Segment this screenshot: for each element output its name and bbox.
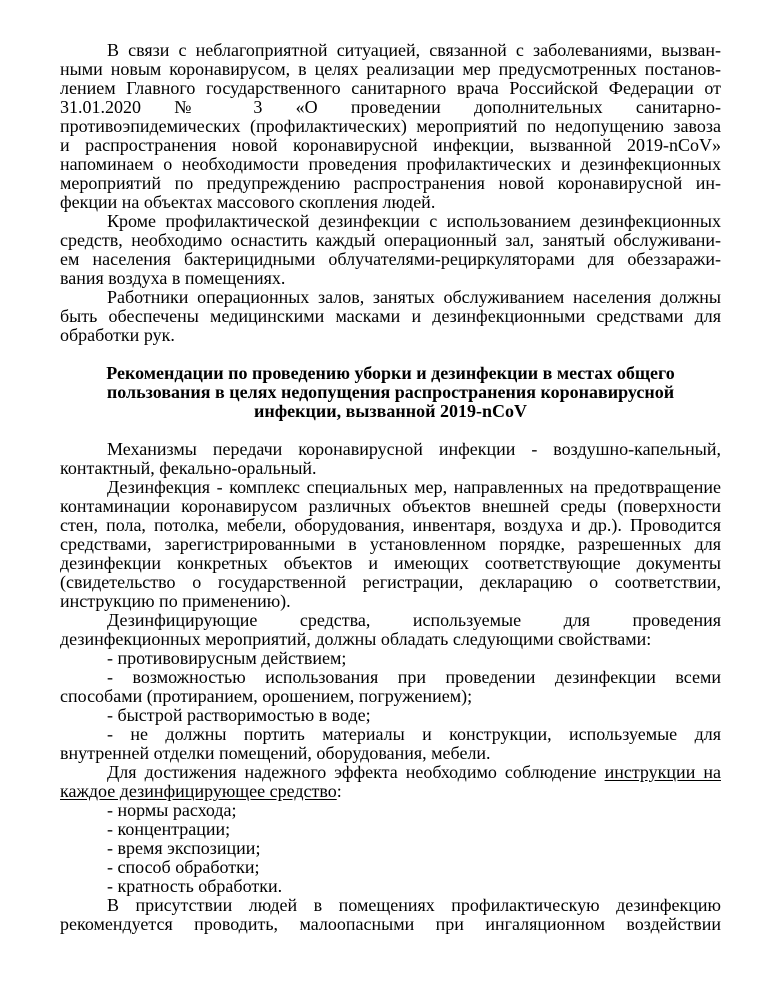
paragraph: В присутствии людей в помещениях профила… — [60, 896, 721, 934]
paragraph: Механизмы передачи коронавирусной инфекц… — [60, 440, 721, 478]
text-segment: стен, пола, потолка, мебели, оборудовани… — [60, 516, 721, 535]
text-segment: напоминаем о необходимости проведения пр… — [60, 155, 721, 174]
text-line: мероприятий по предупреждению распростра… — [60, 174, 721, 193]
text-line: инфекции, вызванной 2019-nCoV — [60, 402, 721, 421]
text-line: вания воздуха в помещениях. — [60, 269, 721, 288]
section-heading: Рекомендации по проведению уборки и дези… — [60, 364, 721, 421]
document-text-body: В связи с неблагоприятной ситуацией, свя… — [60, 41, 721, 934]
text-segment: : — [337, 782, 342, 801]
text-segment: ем населения бактерицидными облучателями… — [60, 250, 721, 269]
text-line: - кратность обработки. — [60, 877, 721, 896]
text-segment: инструкцию по применению). — [60, 592, 291, 611]
text-segment: и распространения новой коронавирусной и… — [60, 136, 721, 155]
text-segment: мероприятий по предупреждению распростра… — [60, 174, 721, 193]
text-line: - возможностью использования при проведе… — [60, 668, 721, 687]
blank-line — [60, 421, 721, 440]
paragraph: - быстрой растворимостью в воде; — [60, 706, 721, 725]
paragraph: Работники операционных залов, занятых об… — [60, 288, 721, 345]
text-line: - концентрации; — [60, 820, 721, 839]
text-line: ем населения бактерицидными облучателями… — [60, 250, 721, 269]
text-segment: обработки рук. — [60, 326, 175, 345]
paragraph: Дезинфицирующие средства, используемые д… — [60, 611, 721, 649]
text-segment: - время экспозиции; — [107, 839, 260, 858]
text-line: (свидетельство о государственной регистр… — [60, 573, 721, 592]
text-segment: В присутствии людей в помещениях профила… — [107, 896, 721, 915]
text-segment: инфекции, вызванной 2019-nCoV — [254, 402, 527, 421]
text-line: пользования в целях недопущения распрост… — [60, 383, 721, 402]
paragraph: В связи с неблагоприятной ситуацией, свя… — [60, 41, 721, 212]
text-segment: Дезинфицирующие средства, используемые д… — [107, 611, 721, 630]
paragraph: - не должны портить материалы и конструк… — [60, 725, 721, 763]
text-line: рекомендуется проводить, малоопасными пр… — [60, 915, 721, 934]
underlined-text: инструкции на — [605, 763, 721, 782]
text-line: каждое дезинфицирующее средство: — [60, 782, 721, 801]
text-line: В связи с неблагоприятной ситуацией, свя… — [60, 41, 721, 60]
text-line: Кроме профилактической дезинфекции с исп… — [60, 212, 721, 231]
text-segment: способами (протиранием, орошением, погру… — [60, 687, 472, 706]
text-segment: вания воздуха в помещениях. — [60, 269, 285, 288]
text-segment: средств, необходимо оснастить каждый опе… — [60, 231, 721, 250]
paragraph: - возможностью использования при проведе… — [60, 668, 721, 706]
text-line: способами (протиранием, орошением, погру… — [60, 687, 721, 706]
text-segment: - не должны портить материалы и конструк… — [107, 725, 721, 744]
text-line: В присутствии людей в помещениях профила… — [60, 896, 721, 915]
text-line: - быстрой растворимостью в воде; — [60, 706, 721, 725]
paragraph: - кратность обработки. — [60, 877, 721, 896]
text-line: дезинфекционных мероприятий, должны обла… — [60, 630, 721, 649]
text-segment: контактный, фекально-оральный. — [60, 459, 317, 478]
text-segment: дезинфекционных мероприятий, должны обла… — [60, 630, 651, 649]
text-line: Работники операционных залов, занятых об… — [60, 288, 721, 307]
text-line: - нормы расхода; — [60, 801, 721, 820]
text-line: контаминации коронавирусом различных объ… — [60, 497, 721, 516]
text-segment: средствами, зарегистрированными в устано… — [60, 535, 721, 554]
paragraph: - время экспозиции; — [60, 839, 721, 858]
text-segment: - нормы расхода; — [107, 801, 237, 820]
underlined-text: каждое дезинфицирующее средство — [60, 782, 337, 801]
text-segment: ными новым коронавирусом, в целях реализ… — [60, 60, 721, 79]
text-segment: контаминации коронавирусом различных объ… — [60, 497, 721, 516]
text-segment: - кратность обработки. — [107, 877, 282, 896]
paragraph: - способ обработки; — [60, 858, 721, 877]
text-line: Дезинфекция - комплекс специальных мер, … — [60, 478, 721, 497]
text-segment: - противовирусным действием; — [107, 649, 346, 668]
text-line: обработки рук. — [60, 326, 721, 345]
text-line: - время экспозиции; — [60, 839, 721, 858]
text-segment: рекомендуется проводить, малоопасными пр… — [60, 915, 721, 934]
paragraph: Дезинфекция - комплекс специальных мер, … — [60, 478, 721, 611]
text-line: противоэпидемических (профилактических) … — [60, 117, 721, 136]
text-segment: Механизмы передачи коронавирусной инфекц… — [107, 440, 721, 459]
text-line: Механизмы передачи коронавирусной инфекц… — [60, 440, 721, 459]
text-line: контактный, фекально-оральный. — [60, 459, 721, 478]
text-segment: Кроме профилактической дезинфекции с исп… — [107, 212, 721, 231]
text-segment: Рекомендации по проведению уборки и дези… — [106, 364, 675, 383]
text-segment: пользования в целях недопущения распрост… — [107, 383, 674, 402]
text-segment: 31.01.2020 № 3 «О проведении дополнитель… — [60, 98, 721, 117]
text-segment: В связи с неблагоприятной ситуацией, свя… — [107, 41, 721, 60]
paragraph: Для достижения надежного эффекта необход… — [60, 763, 721, 801]
text-line: Рекомендации по проведению уборки и дези… — [60, 364, 721, 383]
text-line: быть обеспечены медицинскими масками и д… — [60, 307, 721, 326]
text-line: и распространения новой коронавирусной и… — [60, 136, 721, 155]
paragraph: - концентрации; — [60, 820, 721, 839]
text-line: лением Главного государственного санитар… — [60, 79, 721, 98]
text-segment: - концентрации; — [107, 820, 230, 839]
text-segment: - возможностью использования при проведе… — [107, 668, 721, 687]
text-line: 31.01.2020 № 3 «О проведении дополнитель… — [60, 98, 721, 117]
document-page: В связи с неблагоприятной ситуацией, свя… — [0, 0, 768, 994]
paragraph: - противовирусным действием; — [60, 649, 721, 668]
text-line: ными новым коронавирусом, в целях реализ… — [60, 60, 721, 79]
text-segment: фекции на объектах массового скопления л… — [60, 193, 435, 212]
paragraph: - нормы расхода; — [60, 801, 721, 820]
text-segment: Для достижения надежного эффекта необход… — [107, 763, 605, 782]
text-line: дезинфекции конкретных объектов и имеющи… — [60, 554, 721, 573]
blank-line — [60, 345, 721, 364]
text-line: средствами, зарегистрированными в устано… — [60, 535, 721, 554]
text-line: средств, необходимо оснастить каждый опе… — [60, 231, 721, 250]
text-segment: - способ обработки; — [107, 858, 260, 877]
text-line: Дезинфицирующие средства, используемые д… — [60, 611, 721, 630]
paragraph: Кроме профилактической дезинфекции с исп… — [60, 212, 721, 288]
text-line: инструкцию по применению). — [60, 592, 721, 611]
text-segment: дезинфекции конкретных объектов и имеющи… — [60, 554, 721, 573]
text-segment: внутренней отделки помещений, оборудован… — [60, 744, 491, 763]
text-line: - способ обработки; — [60, 858, 721, 877]
text-segment: противоэпидемических (профилактических) … — [60, 117, 721, 136]
text-line: напоминаем о необходимости проведения пр… — [60, 155, 721, 174]
text-line: - противовирусным действием; — [60, 649, 721, 668]
text-line: стен, пола, потолка, мебели, оборудовани… — [60, 516, 721, 535]
text-line: - не должны портить материалы и конструк… — [60, 725, 721, 744]
text-line: Для достижения надежного эффекта необход… — [60, 763, 721, 782]
text-line: внутренней отделки помещений, оборудован… — [60, 744, 721, 763]
text-segment: быть обеспечены медицинскими масками и д… — [60, 307, 721, 326]
text-segment: (свидетельство о государственной регистр… — [60, 573, 721, 592]
text-segment: лением Главного государственного санитар… — [60, 79, 721, 98]
text-segment: Дезинфекция - комплекс специальных мер, … — [107, 478, 721, 497]
text-segment: Работники операционных залов, занятых об… — [107, 288, 721, 307]
text-line: фекции на объектах массового скопления л… — [60, 193, 721, 212]
text-segment: - быстрой растворимостью в воде; — [107, 706, 371, 725]
